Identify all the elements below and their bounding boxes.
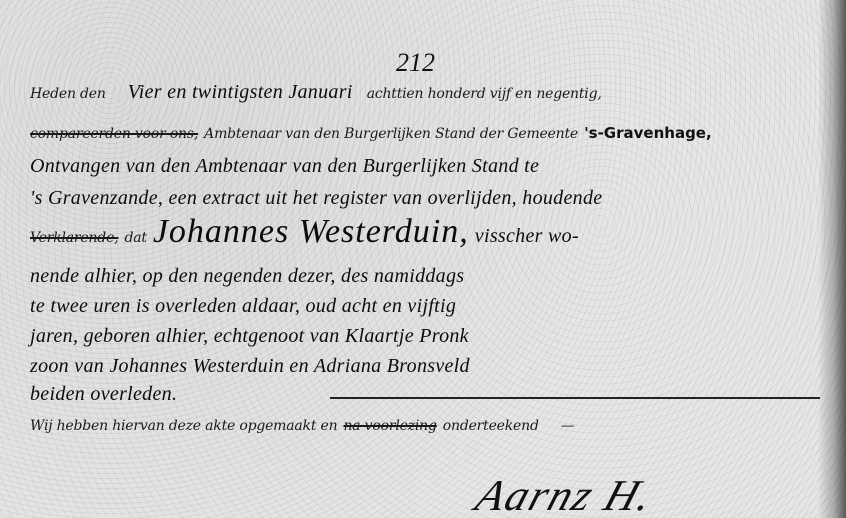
record-line-handwritten: nende alhier, op den negenden dezer, des…: [30, 264, 464, 288]
deceased-name: Johannes Westerduin,: [153, 213, 469, 250]
handwritten-date: Vier en twintigsten Januari: [128, 81, 353, 103]
struck-printed-text: compareerden voor ons,: [30, 126, 198, 142]
handwritten-text: Ontvangen van den Ambtenaar van den Burg…: [30, 155, 539, 177]
handwritten-text: zoon van Johannes Westerduin en Adriana …: [30, 355, 470, 377]
official-signature: Aarnz H.: [470, 470, 661, 518]
struck-printed-text: Verklarende,: [30, 230, 118, 246]
record-line-date: Heden den Vier en twintigsten Januari ac…: [30, 80, 602, 106]
page-number: 212: [396, 48, 435, 78]
record-line-handwritten: 's Gravenzande, een extract uit het regi…: [30, 186, 602, 210]
handwritten-text: visscher wo-: [475, 225, 579, 247]
record-line-handwritten: jaren, geboren alhier, echtgenoot van Kl…: [30, 324, 469, 348]
record-line-closing: Wij hebben hiervan deze akte opgemaakt e…: [30, 412, 575, 438]
scan-edge-shadow: [818, 0, 846, 518]
record-line-parents: zoon van Johannes Westerduin en Adriana …: [30, 354, 470, 378]
printed-text: onderteekend: [443, 418, 539, 434]
printed-text: Wij hebben hiervan deze akte opgemaakt e…: [30, 418, 337, 434]
fill-line-divider: [330, 397, 820, 399]
printed-text: dat: [124, 230, 146, 246]
printed-text: Ambtenaar van den Burgerlijken Stand der…: [204, 126, 578, 142]
record-line-deceased: Verklarende, dat Johannes Westerduin, vi…: [30, 220, 579, 250]
printed-text: Heden den: [30, 86, 106, 102]
record-line-handwritten: Ontvangen van den Ambtenaar van den Burg…: [30, 154, 539, 178]
record-line-handwritten: beiden overleden.: [30, 382, 177, 406]
handwritten-text: te twee uren is overleden aldaar, oud ac…: [30, 295, 456, 317]
record-line-official: compareerden voor ons, Ambtenaar van den…: [30, 120, 712, 146]
record-line-handwritten: te twee uren is overleden aldaar, oud ac…: [30, 294, 456, 318]
handwritten-text: nende alhier, op den negenden dezer, des…: [30, 265, 464, 287]
struck-printed-text: na voorlezing: [343, 418, 436, 434]
printed-text: achttien honderd vijf en negentig,: [367, 86, 602, 102]
handwritten-text: jaren, geboren alhier, echtgenoot van Kl…: [30, 325, 469, 347]
scanned-document-page: 212 Heden den Vier en twintigsten Januar…: [0, 0, 846, 518]
municipality-name: 's-Gravenhage,: [584, 124, 712, 142]
dash: —: [561, 418, 575, 434]
handwritten-text: 's Gravenzande, een extract uit het regi…: [30, 187, 602, 209]
handwritten-text: beiden overleden.: [30, 383, 177, 405]
